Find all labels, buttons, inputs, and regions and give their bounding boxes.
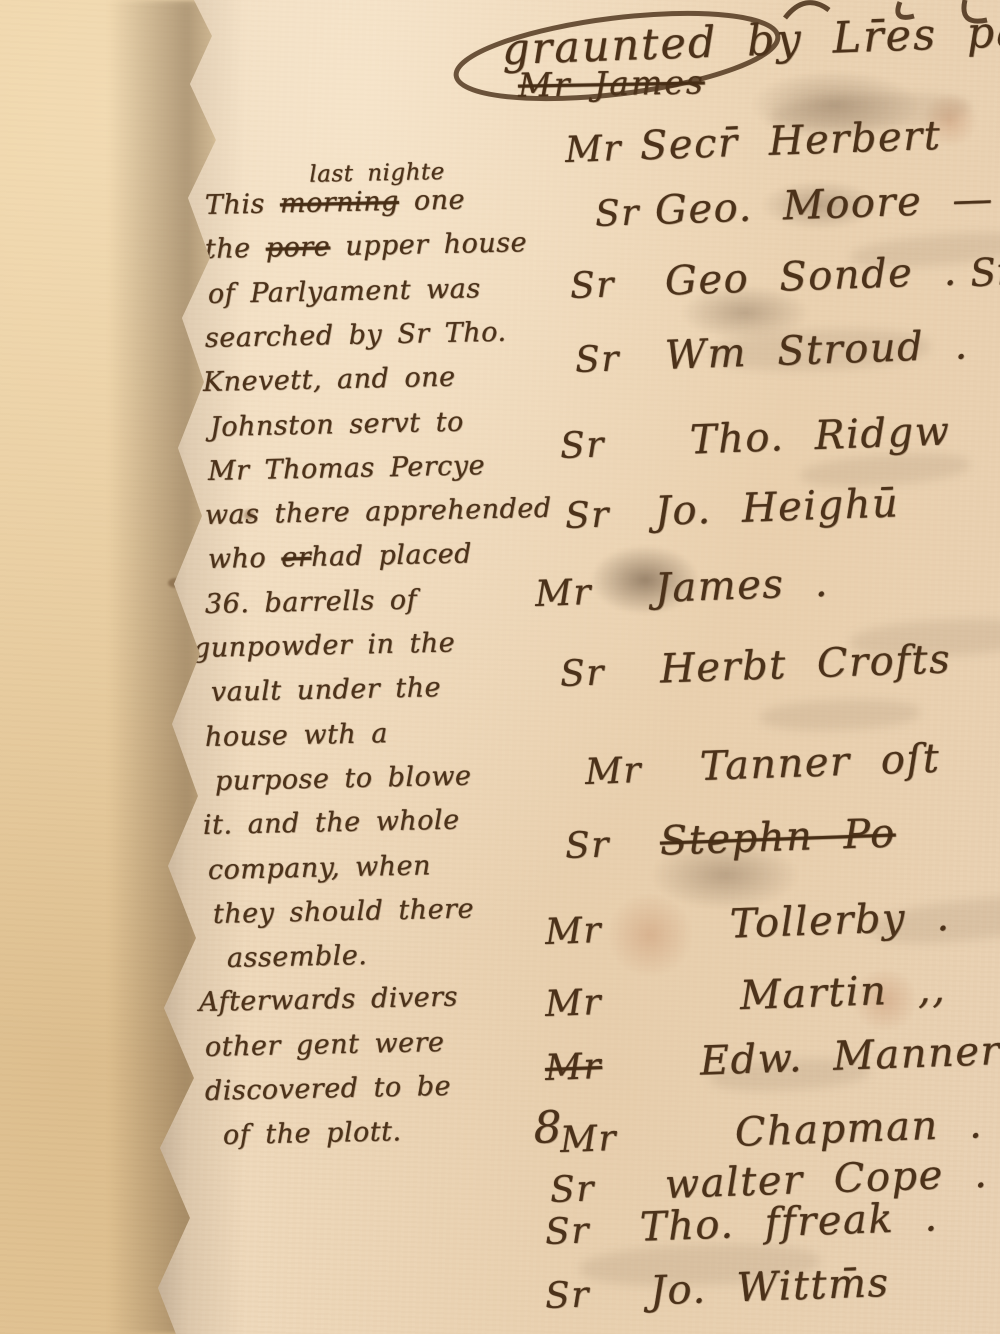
name-prefix: Sr [559, 651, 660, 695]
margin-line: was there apprehended [205, 493, 552, 531]
member-name: Geo Sonde . [664, 248, 958, 304]
name-prefix: Sr [594, 192, 655, 235]
name-row: MrEdw. Manner . [544, 1027, 1000, 1090]
member-name: James . [654, 560, 829, 612]
member-name: Tanner oſt [699, 736, 941, 790]
margin-text: the [205, 233, 266, 265]
margin-line: company, when [208, 850, 432, 886]
margin-line: house wth a [205, 718, 389, 753]
margin-text: Afterwards divers [199, 982, 459, 1018]
margin-text: This [205, 188, 281, 221]
margin-line: vault under the [211, 672, 442, 708]
margin-note: This morning onelast nightethe pore uppe… [205, 150, 565, 1200]
margin-line: they should there [213, 893, 475, 929]
margin-text: one [399, 185, 466, 217]
name-row: MrJames . [534, 560, 829, 616]
margin-text: it. and the whole [203, 805, 460, 841]
name-prefix: Sr [564, 823, 660, 867]
name-row: MrTollerby . [544, 894, 951, 954]
name-prefix: Sr [544, 1272, 650, 1317]
member-name: Jo. Wittm̄s [649, 1260, 890, 1314]
margin-line: 36. barrells of [205, 584, 418, 619]
name-row: SrWm Stroud . [574, 322, 969, 382]
name-prefix: Sr [569, 263, 665, 307]
margin-line: the pore upper house [205, 228, 528, 266]
margin-text: vault under the [211, 672, 442, 708]
manuscript-page: graunted by Lr̄es pa Mr James Sr This mo… [150, 0, 1000, 1334]
name-prefix: Mr [544, 906, 730, 953]
name-prefix: Sr [544, 1209, 640, 1253]
name-row: SrJo. Heighū [564, 480, 900, 538]
margin-line: other gent were [205, 1027, 445, 1063]
name-row: SrStephn Po [564, 810, 896, 868]
margin-line: discovered to be [205, 1071, 452, 1107]
margin-text: searched by Sr Tho. [205, 317, 507, 354]
member-name: Herbt Crofts [659, 636, 952, 692]
margin-line: This morning onelast nighte [205, 185, 466, 221]
name-row: MrTanner oſt [584, 736, 941, 794]
margin-text: who [208, 543, 282, 576]
interlinear-insertion: last nighte [309, 159, 445, 188]
member-name: Martin ,, [739, 966, 947, 1019]
name-row: SrGeo Sonde . [569, 248, 958, 308]
margin-line: Johnston servt to [210, 406, 464, 442]
name-row: MrSecr̄ Herbert [564, 113, 942, 172]
margin-text: was there apprehended [205, 493, 552, 531]
name-row: SrHerbt Crofts [559, 636, 952, 696]
margin-text: of Parlyament was [208, 273, 481, 310]
name-prefix: Sr [559, 421, 690, 467]
names-list: MrSecr̄ HerbertSrGeo. Moore —SrGeo Sonde… [545, 0, 1000, 1334]
member-name: Tollerby . [729, 894, 951, 948]
margin-text: had placed [311, 539, 472, 573]
margin-text: assemble. [227, 940, 368, 974]
margin-line: assemble. [227, 940, 368, 974]
name-prefix: Mr [564, 127, 640, 171]
member-name: Stephn Po [659, 810, 896, 864]
margin-line: Afterwards divers [199, 982, 459, 1018]
name-prefix: Mr [544, 977, 740, 1025]
pen-flourish: 8 [533, 1102, 564, 1154]
margin-text: house wth a [205, 718, 389, 753]
struck-word: pore [265, 232, 330, 264]
margin-text: Johnston servt to [210, 406, 464, 442]
margin-line: of the plott. [223, 1117, 402, 1152]
name-prefix: Mr [559, 1114, 735, 1161]
margin-text: company, when [208, 850, 432, 886]
member-name: Tho. ffreak . [639, 1194, 939, 1250]
margin-text: discovered to be [205, 1071, 452, 1107]
member-name: Geo. Moore — [654, 176, 994, 234]
name-row: SrGeo. Moore — [594, 176, 994, 236]
margin-line: gunpowder in the [193, 628, 456, 664]
margin-text: gunpowder in the [193, 628, 456, 664]
margin-text: upper house [330, 228, 527, 263]
member-name: Jo. Heighū [654, 480, 900, 534]
margin-line: of Parlyament was [208, 273, 481, 310]
margin-line: purpose to blowe [215, 761, 472, 797]
name-row: SrJo. Wittm̄s [544, 1260, 890, 1318]
margin-line: Mr Thomas Percye [208, 450, 486, 487]
margin-line: Knevett, and one [203, 362, 456, 398]
member-name: Chapman . [734, 1101, 984, 1156]
margin-text: Mr Thomas Percye [208, 450, 486, 487]
member-name: Edw. Manner . [699, 1027, 1000, 1085]
margin-text: 36. barrells of [205, 584, 418, 619]
struck-word: morning [280, 186, 400, 219]
margin-text: they should there [213, 893, 475, 929]
margin-text: purpose to blowe [215, 761, 472, 797]
margin-text: other gent were [205, 1027, 445, 1063]
manuscript-scan: graunted by Lr̄es pa Mr James Sr This mo… [0, 0, 1000, 1334]
name-prefix: Mr [584, 748, 700, 793]
name-row: MrMartin ,, [544, 966, 947, 1026]
member-name: Tho. Ridgw [689, 408, 951, 463]
margin-line: who erhad placed [208, 539, 473, 576]
name-row: SrTho. Ridgw [559, 408, 951, 468]
name-prefix: Mr [534, 570, 655, 615]
margin-text: Knevett, and one [203, 362, 456, 398]
name-prefix: Sr [574, 337, 665, 381]
margin-line: it. and the whole [203, 805, 460, 841]
margin-text: of the plott. [223, 1117, 402, 1152]
member-name: Secr̄ Herbert [639, 113, 942, 169]
member-name: Wm Stroud . [664, 322, 969, 379]
struck-word: er [281, 542, 312, 574]
name-prefix: Mr [544, 1043, 700, 1089]
name-prefix: Sr [564, 493, 655, 537]
margin-line: searched by Sr Tho. [205, 317, 507, 354]
